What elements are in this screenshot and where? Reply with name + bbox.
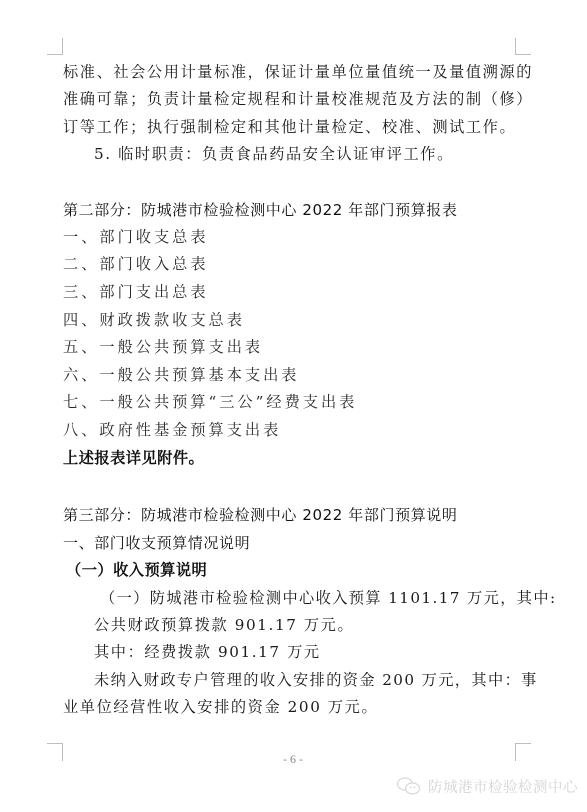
body-line: 未纳入财政专户管理的收入安排的资金 200 万元，其中：事 [94,669,519,691]
report-list-item: 四、财政拨款收支总表 [63,309,519,331]
body-line: 业单位经营性收入安排的资金 200 万元。 [63,696,519,718]
report-list-item: 三、部门支出总表 [63,281,519,303]
crop-mark-top-right [515,38,531,55]
report-list-item: 八、政府性基金预算支出表 [63,419,519,441]
report-list-item: 六、一般公共预算基本支出表 [63,364,519,386]
document-page: 标准、社会公用计量标准，保证计量单位量值统一及量值溯源的 准确可靠；负责计量检定… [0,0,587,812]
section-heading: 一、部门收支预算情况说明 [63,532,519,554]
report-list-item: 二、部门收入总表 [63,253,519,275]
watermark-text: 防城港市检验检测中心 [428,776,578,797]
report-list-item: 七、一般公共预算“三公”经费支出表 [63,391,519,413]
paragraph-line: 订等工作；执行强制检定和其他计量检定、校准、测试工作。 [63,116,519,138]
duty-item-5: 5. 临时职责：负责食品药品安全认证审评工作。 [94,143,550,165]
report-list-item: 一、部门收支总表 [63,226,519,248]
report-list-item: 五、一般公共预算支出表 [63,336,519,358]
crop-mark-bottom-right [515,743,531,761]
crop-mark-top-left [47,38,63,55]
body-line: 公共财政预算拨款 901.17 万元。 [94,614,550,636]
wechat-icon [396,776,422,796]
paragraph-line: 标准、社会公用计量标准，保证计量单位量值统一及量值溯源的 [63,61,519,83]
body-line: 其中：经费拨款 901.17 万元 [94,641,550,663]
paragraph-line: 准确可靠；负责计量检定规程和计量校准规范及方法的制（修） [63,88,519,110]
part2-heading: 第二部分：防城港市检验检测中心 2022 年部门预算报表 [63,199,519,221]
part3-heading: 第三部分：防城港市检验检测中心 2022 年部门预算说明 [63,504,519,526]
watermark: 防城港市检验检测中心 [396,774,578,798]
crop-mark-bottom-left [47,743,63,761]
page-number: - 6 - [268,752,318,767]
attachment-note: 上述报表详见附件。 [63,447,519,469]
subsection-heading: （一）收入预算说明 [66,559,522,581]
body-line: （一）防城港市检验检测中心收入预算 1101.17 万元，其中: [100,587,556,609]
